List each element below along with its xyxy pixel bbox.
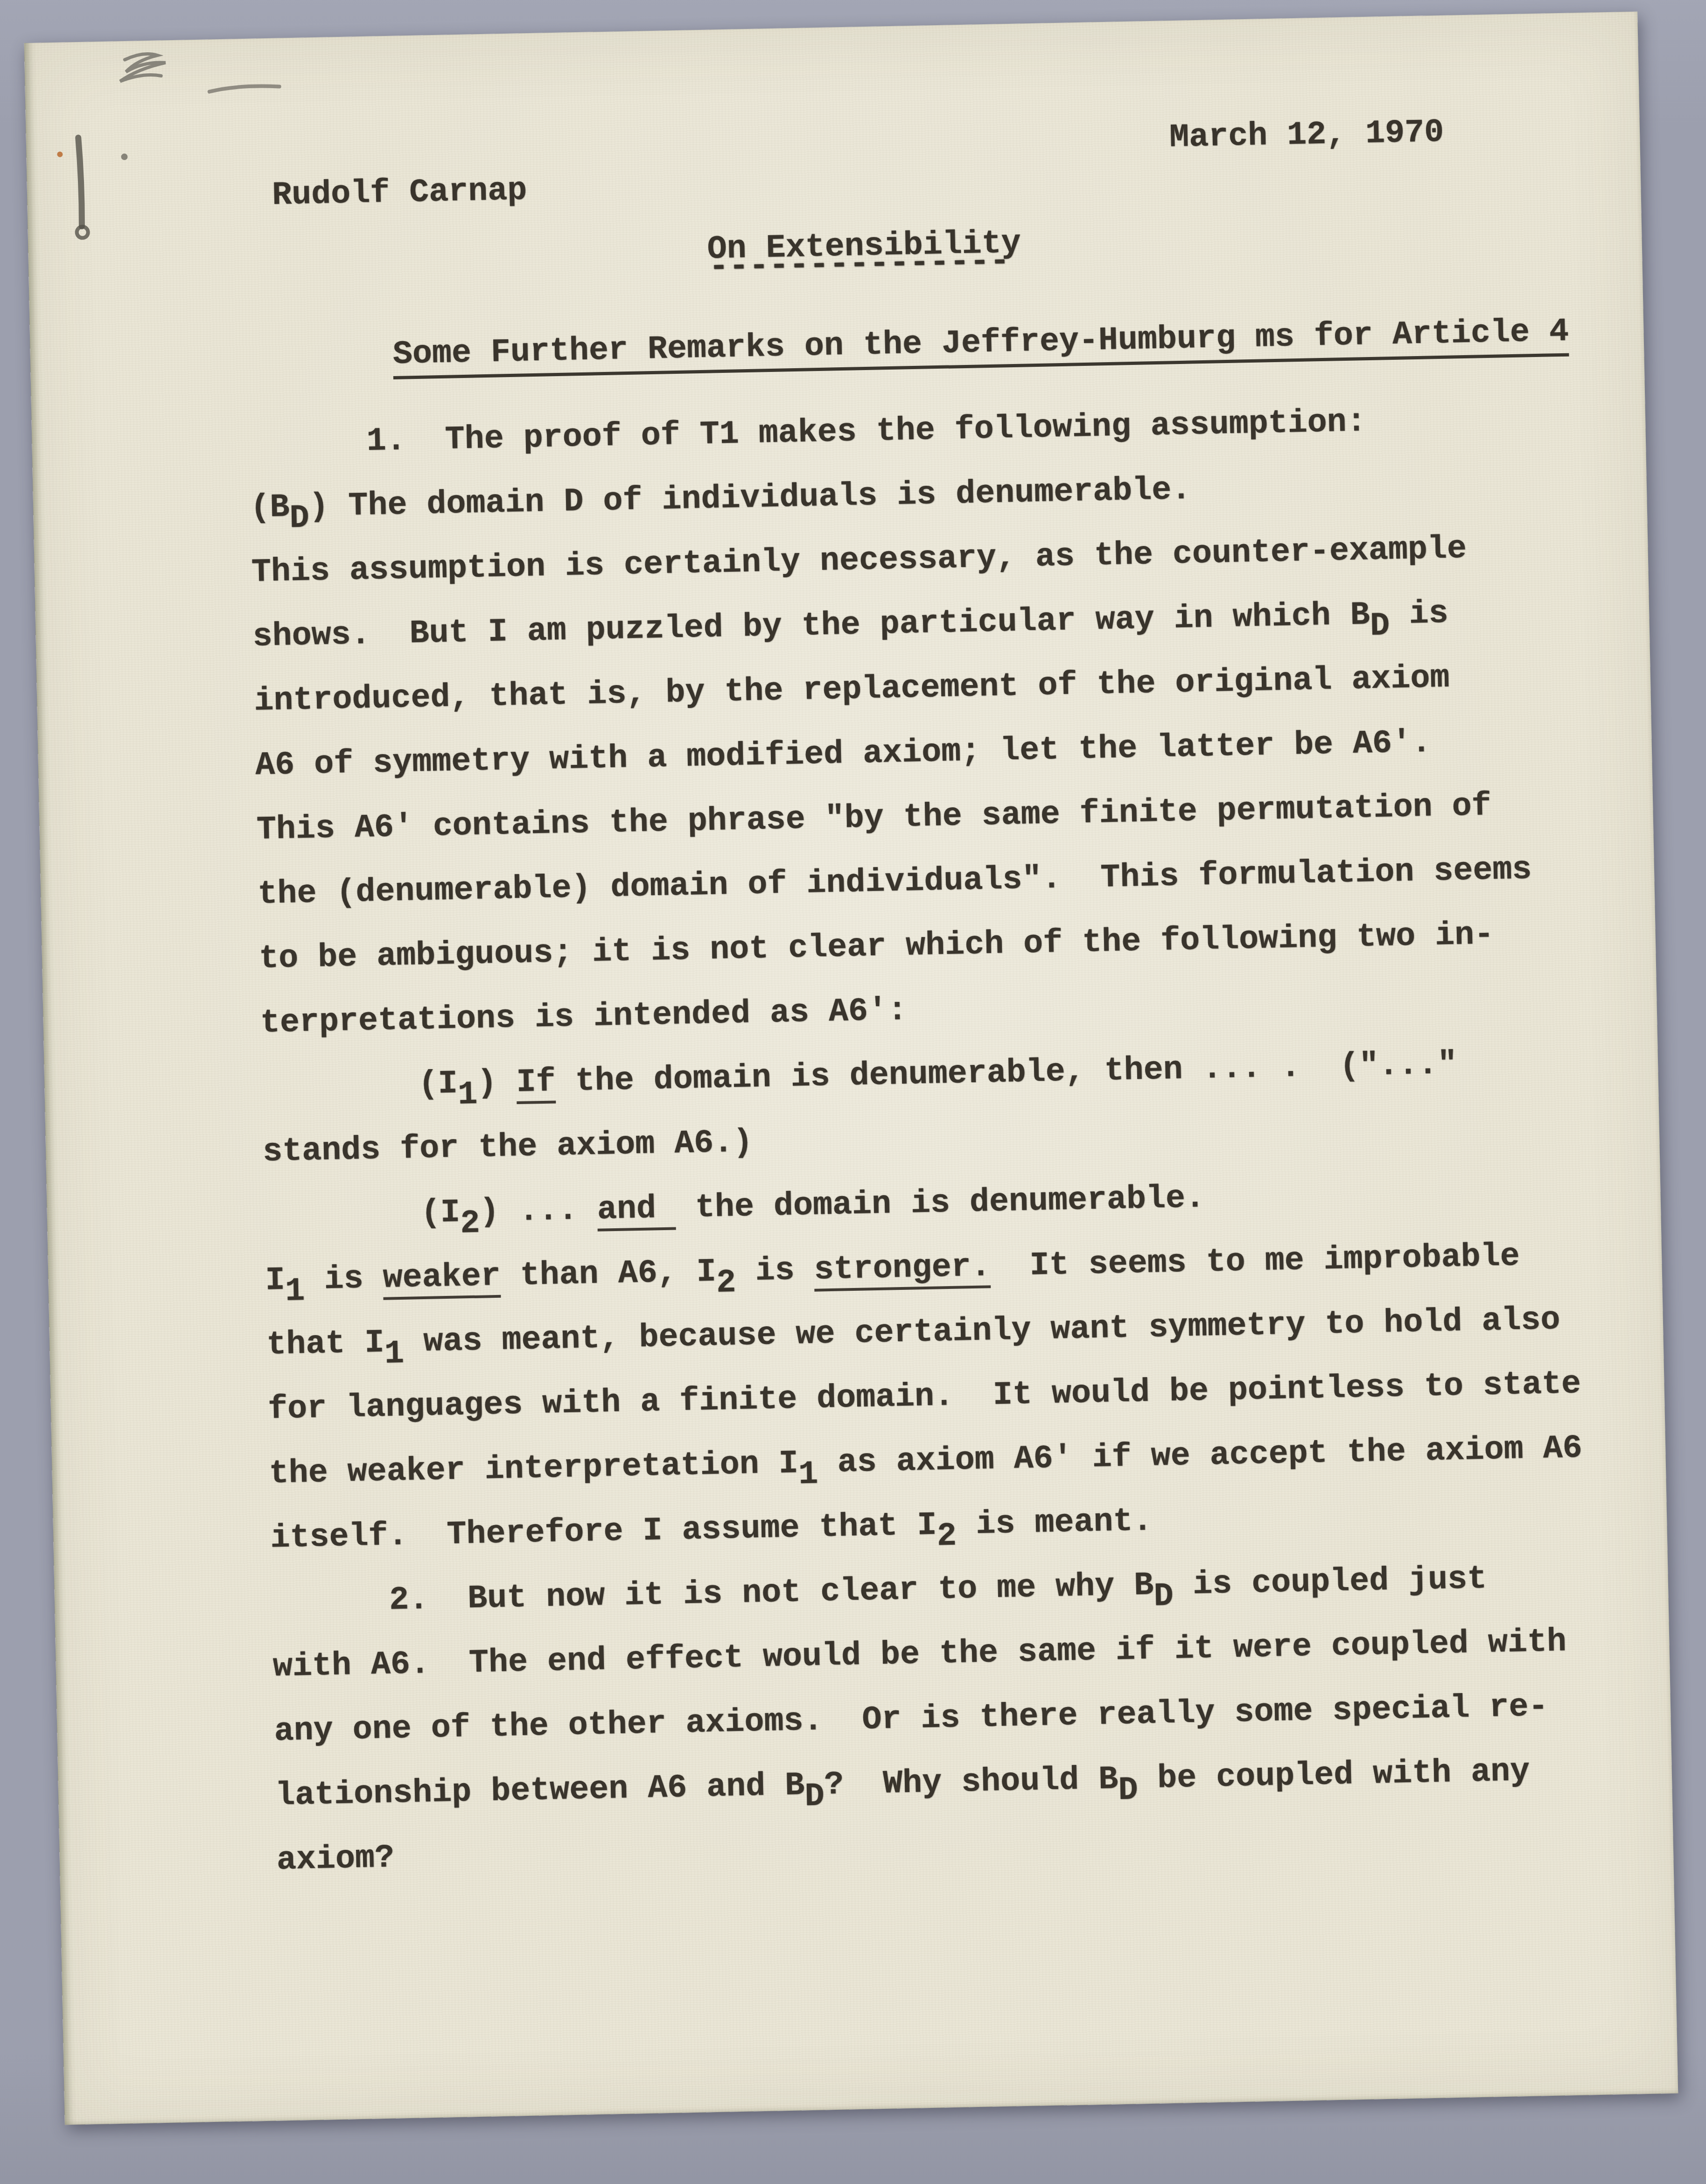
text-segment: is (735, 1252, 815, 1290)
text-segment: terpretations is intended as A6': (260, 993, 908, 1042)
text-segment: with A6. The end effect would be the sam… (273, 1624, 1566, 1686)
document-author: Rudolf Carnap (272, 172, 527, 214)
text-segment: is meant. (956, 1503, 1153, 1544)
text-segment: axiom? (276, 1840, 395, 1879)
pencil-scribble-mark (24, 37, 356, 286)
subscript-text: 1 (384, 1336, 405, 1373)
text-segment: is coupled just (1173, 1561, 1487, 1604)
text-segment: for languages with a finite domain. It w… (267, 1366, 1581, 1428)
underlined-text: stronger. (814, 1248, 991, 1291)
subscript-text: 2 (716, 1265, 736, 1302)
text-segment: the (denumerable) domain of individuals"… (258, 851, 1532, 913)
text-segment: (I (261, 1065, 458, 1106)
text-segment: introduced, that is, by the replacement … (254, 660, 1450, 720)
text-segment: 2. But now it is not clear to me why B (271, 1568, 1154, 1622)
text-segment: as axiom A6' if we accept the axiom A6 (818, 1430, 1583, 1482)
text-segment: This assumption is certainly necessary, … (251, 531, 1467, 591)
typewritten-page: March 12, 1970 Rudolf Carnap On Extensib… (24, 12, 1678, 2125)
text-segment: This A6' contains the phrase "by the sam… (256, 788, 1491, 849)
text-segment: ) (477, 1064, 517, 1102)
text-segment: that I (266, 1325, 385, 1364)
text-segment: A6 of symmetry with a modified axiom; le… (255, 725, 1431, 784)
document-body: 1. The proof of T1 makes the following a… (248, 386, 1590, 1893)
document-date: March 12, 1970 (1169, 114, 1444, 156)
scanned-page-background: March 12, 1970 Rudolf Carnap On Extensib… (0, 0, 1706, 2184)
text-segment: It seems to me improbable (990, 1238, 1520, 1285)
text-segment: shows. But I am puzzled by the particula… (252, 597, 1370, 656)
text-segment: is (304, 1260, 384, 1299)
underlined-text: If (516, 1064, 556, 1104)
text-segment: (I (264, 1194, 461, 1235)
text-segment: than A6, I (500, 1254, 717, 1295)
subscript-text: D (1154, 1578, 1174, 1616)
text-segment: stands for the axiom A6.) (263, 1124, 754, 1171)
subscript-text: 2 (460, 1205, 481, 1242)
subscript-text: D (1370, 608, 1390, 645)
text-segment: ) ... (479, 1192, 598, 1231)
text-segment: lationship between A6 and B (275, 1767, 805, 1814)
subscript-text: D (804, 1778, 825, 1815)
text-segment: ? Why should B (824, 1761, 1119, 1804)
text-segment: was meant, because we certainly want sym… (404, 1302, 1560, 1361)
text-segment: 1. The proof of T1 makes the following a… (249, 404, 1366, 462)
text-segment: is (1389, 595, 1449, 633)
text-segment: the domain is denumerable. (675, 1180, 1205, 1227)
subscript-text: D (1118, 1772, 1139, 1809)
subscript-text: 1 (798, 1456, 818, 1493)
text-segment: be coupled with any (1137, 1753, 1530, 1798)
text-segment: to be ambiguous; it is not clear which o… (259, 917, 1494, 978)
subscript-text: 1 (285, 1273, 305, 1310)
text-segment: any one of the other axioms. Or is there… (274, 1688, 1548, 1750)
text-segment: the weaker interpretation I (269, 1445, 799, 1492)
text-segment: (B (250, 489, 290, 527)
text-segment: itself. Therefore I assume that I (270, 1507, 937, 1557)
text-segment: I (265, 1262, 286, 1300)
subscript-text: 2 (937, 1518, 957, 1555)
subscript-text: D (289, 500, 310, 537)
text-segment: the domain is denumerable, then ... . ("… (555, 1046, 1458, 1101)
text-segment: ) The domain D of individuals is denumer… (309, 472, 1191, 526)
subscript-text: 1 (457, 1076, 478, 1113)
underlined-text: weaker (383, 1258, 501, 1300)
underlined-text: and (597, 1190, 676, 1231)
title-dashed-underline: --------------- (709, 243, 1011, 286)
document-subtitle-text: Some Further Remarks on the Jeffrey-Humb… (392, 314, 1569, 379)
